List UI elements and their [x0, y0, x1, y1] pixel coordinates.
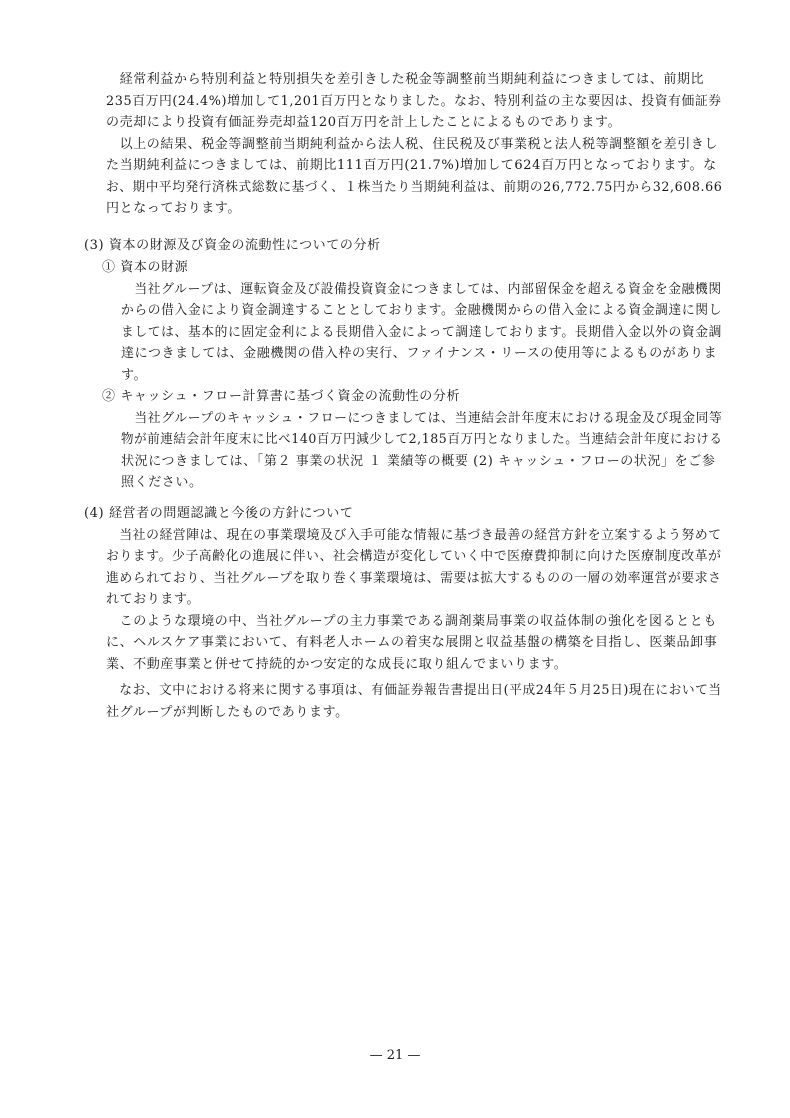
text-line: た当期純利益につきましては、前期比111百万円(21.7%)増加して624百万円… — [106, 158, 717, 174]
text-line: このような環境の中、当社グループの主力事業である調剤薬局事業の収益体制の強化を図… — [106, 614, 717, 630]
subsection-heading: ① 資本の財源 — [102, 260, 188, 276]
text-line: 当社グループは、運転資金及び設備投資資金につきましては、内部留保金を超える資金を… — [121, 282, 722, 298]
text-line: お、期中平均発行済株式総数に基づく、１株当たり当期純利益は、前期の26,772.… — [106, 180, 722, 196]
text-line: 達につきましては、金融機関の借入枠の実行、ファイナンス・リースの使用等によるもの… — [121, 346, 717, 362]
text-line: 円となっております。 — [106, 201, 241, 217]
text-line: 社グループが判断したものであります。 — [106, 705, 349, 721]
text-line: 物が前連結会計年度末に比べ140百万円減少して2,185百万円となりました。当連… — [121, 432, 722, 448]
text-line: 状況につきましては、「第２ 事業の状況 １ 業績等の概要 (2) キャッシュ・フ… — [121, 454, 715, 470]
section-heading: (3) 資本の財源及び資金の流動性についての分析 — [84, 238, 381, 254]
text-line: 235百万円(24.4%)増加して1,201百万円となりました。なお、特別利益の… — [106, 94, 722, 110]
text-line: 当社グループのキャッシュ・フローにつきましては、当連結会計年度末における現金及び… — [121, 411, 722, 427]
section-heading: (4) 経営者の問題認識と今後の方針について — [84, 506, 354, 522]
text-line: ましては、基本的に固定金利による長期借入金によって調達しております。長期借入金以… — [121, 325, 722, 341]
text-line: 以上の結果、税金等調整前当期純利益から法人税、住民税及び事業税と法人税等調整額を… — [106, 137, 718, 153]
text-line: 照ください。 — [121, 475, 203, 491]
text-line: 業、不動産事業と併せて持続的かつ安定的な成長に取り組んでまいります。 — [106, 657, 567, 673]
text-line: す。 — [121, 368, 147, 384]
text-line: れております。 — [106, 592, 200, 608]
text-line: 経常利益から特別利益と特別損失を差引きした税金等調整前当期純利益につきましては、… — [106, 72, 704, 88]
text-line: 当社の経営陣は、現在の事業環境及び入手可能な情報に基づき最善の経営方針を立案する… — [106, 528, 722, 544]
text-line: に、ヘルスケア事業において、有料老人ホームの着実な展開と収益基盤の構築を目指し、… — [106, 635, 717, 651]
text-line: からの借入金により資金調達することとしております。金融機関からの借入金による資金… — [121, 303, 722, 319]
subsection-heading: ② キャッシュ・フロー計算書に基づく資金の流動性の分析 — [102, 389, 460, 405]
page-number: — 21 — — [0, 1048, 790, 1063]
text-line: 進められており、当社グループを取り巻く事業環境は、需要は拡大するものの一層の効率… — [106, 571, 722, 587]
text-line: の売却により投資有価証券売却益120百万円を計上したことによるものであります。 — [106, 115, 621, 131]
text-line: なお、文中における将来に関する事項は、有価証券報告書提出日(平成24年５月25日… — [106, 683, 722, 699]
text-line: おります。少子高齢化の進展に伴い、社会構造が変化していく中で医療費抑制に向けた医… — [106, 549, 722, 565]
